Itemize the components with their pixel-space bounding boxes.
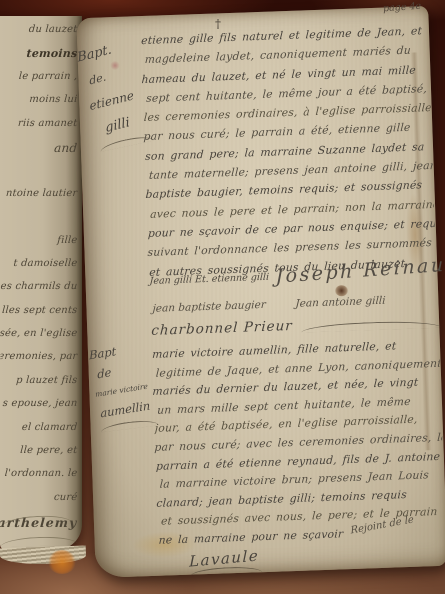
manuscript-book-photo: du lauzettemoins, le parrainmoins luirii… (0, 0, 445, 594)
handwritten-line: lles sept cents (0, 305, 78, 328)
handwritten-line: l'ordonnan. le (0, 468, 78, 491)
priest-signature-line: charbonnel Prieur (151, 313, 441, 339)
handwritten-line: moins lui (0, 94, 78, 117)
handwritten-line (0, 164, 78, 187)
signature-charbonnel-prieur: charbonnel Prieur (151, 318, 293, 339)
handwritten-line: eremonies, par (0, 351, 78, 374)
handwritten-line: curé (0, 492, 78, 515)
signature-jean-baptiste-baugier: jean baptiste baugier (152, 299, 266, 315)
handwritten-line: du lauzet (0, 24, 78, 47)
handwritten-line: t damoiselle (0, 258, 78, 281)
register-page: Bapt.de.etiennegilli etienne gille fils … (76, 6, 445, 578)
handwritten-line: sée, en l'eglise (0, 328, 78, 351)
handwritten-line: riis amanet (0, 118, 78, 141)
orange-stain (48, 550, 76, 574)
handwritten-line: el clamard (0, 422, 78, 445)
handwritten-line: and (0, 141, 78, 164)
handwritten-line: fille (0, 235, 78, 258)
handwritten-line (0, 211, 78, 234)
signature-jean-antoine-gilli: Jean antoine gilli (295, 295, 386, 310)
record1-signature-row2: jean baptiste baugier Jean antoine gilli (152, 293, 444, 315)
handwritten-line: ntoine lautier (0, 188, 78, 211)
ink-blot-stain (335, 285, 348, 296)
handwritten-line: es charmils du (0, 281, 78, 304)
signature-etienne-gilli: Jean gilli Et. etienne gilli (149, 272, 269, 287)
left-facing-page: du lauzettemoins, le parrainmoins luirii… (0, 16, 82, 550)
handwritten-line: lle pere, et (0, 445, 78, 468)
handwritten-line: p lauzet fils (0, 375, 78, 398)
handwritten-line: temoins (0, 47, 78, 70)
record2-signature-block: Lavaule (188, 546, 262, 577)
left-page-text-fragments: du lauzettemoins, le parrainmoins luirii… (0, 24, 77, 539)
record1-body-text: etienne gille fils naturel et legitime d… (141, 21, 437, 282)
handwritten-line: s epouse, jean (0, 398, 78, 421)
cross-mark: † (215, 17, 221, 31)
handwritten-line: , le parrain (0, 71, 78, 94)
